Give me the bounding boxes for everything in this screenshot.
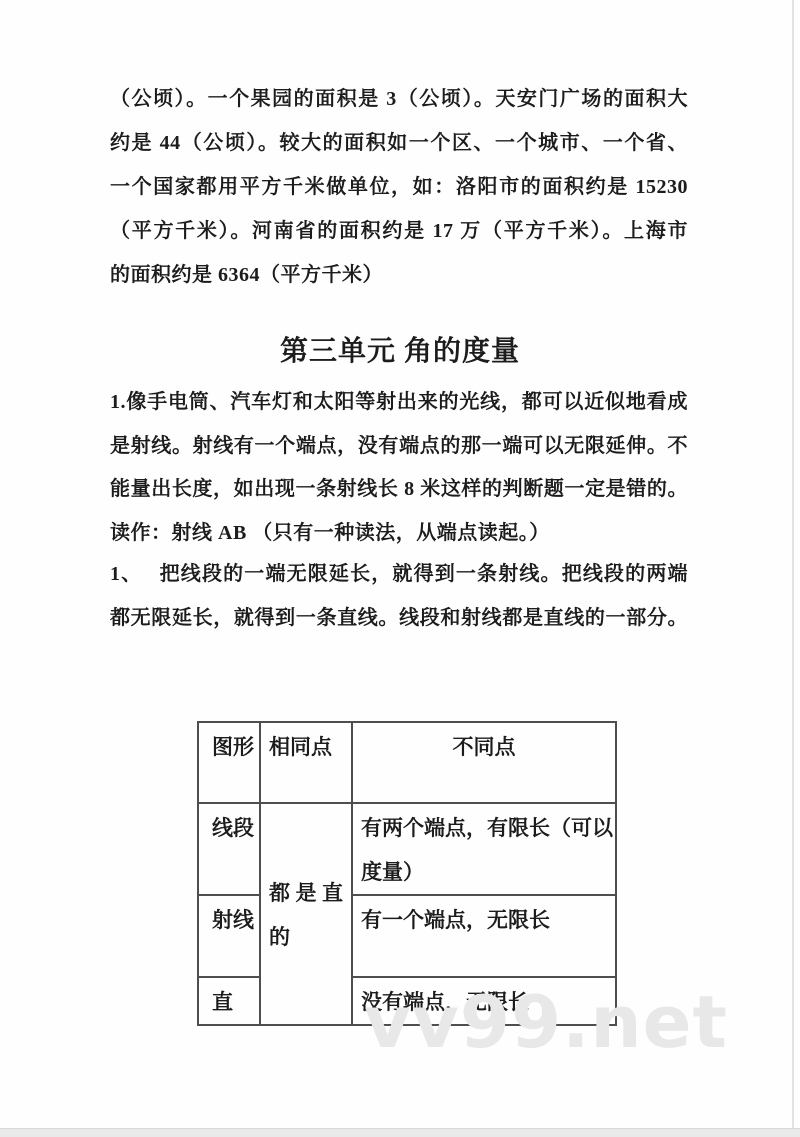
- shape-cell-ray: 射线: [198, 895, 260, 977]
- watermark: vv99.net: [364, 980, 728, 1064]
- text-line: 1、 把线段的一端无限延长，就得到一条射线。把线段的两端: [110, 553, 688, 597]
- diff-cell-segment: 有两个端点，有限长（可以度量）: [352, 803, 616, 895]
- header-diff-cell: 不同点: [352, 722, 616, 803]
- viewer-footer-bar: [0, 1128, 800, 1137]
- text-line: 一个国家都用平方千米做单位，如：洛阳市的面积约是 15230: [110, 165, 688, 209]
- text-line: 能量出长度，如出现一条射线长 8 米这样的判断题一定是错的。: [110, 468, 688, 512]
- header-same-cell: 相同点: [260, 722, 352, 803]
- text-line: 读作：射线 AB （只有一种读法，从端点读起。）: [110, 512, 688, 556]
- text-line: 都无限延长，就得到一条直线。线段和射线都是直线的一部分。: [110, 597, 688, 641]
- shape-cell-segment: 线段: [198, 803, 260, 895]
- section-heading: 第三单元 角的度量: [0, 330, 800, 374]
- diff-cell-ray: 有一个端点，无限长: [352, 895, 616, 977]
- same-merged-cell: 都是直的: [260, 803, 352, 1025]
- table-header-row: 图形 相同点 不同点: [198, 722, 616, 803]
- text-line: （平方千米）。河南省的面积约是 17 万（平方千米）。上海市: [110, 209, 688, 253]
- text-line: 约是 44（公顷）。较大的面积如一个区、一个城市、一个省、: [110, 121, 688, 165]
- paragraph-rays: 1.像手电筒、汽车灯和太阳等射出来的光线，都可以近似地看成 是射线。射线有一个端…: [110, 381, 688, 555]
- document-page: （公顷）。一个果园的面积是 3（公顷）。天安门广场的面积大 约是 44（公顷）。…: [0, 0, 800, 1137]
- text-line: 的面积约是 6364（平方千米）: [110, 253, 688, 297]
- shape-cell-line: 直: [198, 977, 260, 1025]
- table-row: 线段 都是直的 有两个端点，有限长（可以度量）: [198, 803, 616, 895]
- text-line: （公顷）。一个果园的面积是 3（公顷）。天安门广场的面积大: [110, 77, 688, 121]
- paragraph-segments: 1、 把线段的一端无限延长，就得到一条射线。把线段的两端 都无限延长，就得到一条…: [110, 553, 688, 640]
- text-line: 是射线。射线有一个端点，没有端点的那一端可以无限延伸。不: [110, 425, 688, 469]
- text-line: 1.像手电筒、汽车灯和太阳等射出来的光线，都可以近似地看成: [110, 381, 688, 425]
- header-shape-cell: 图形: [198, 722, 260, 803]
- page-edge-line: [792, 0, 794, 1128]
- intro-paragraph: （公顷）。一个果园的面积是 3（公顷）。天安门广场的面积大 约是 44（公顷）。…: [110, 77, 688, 297]
